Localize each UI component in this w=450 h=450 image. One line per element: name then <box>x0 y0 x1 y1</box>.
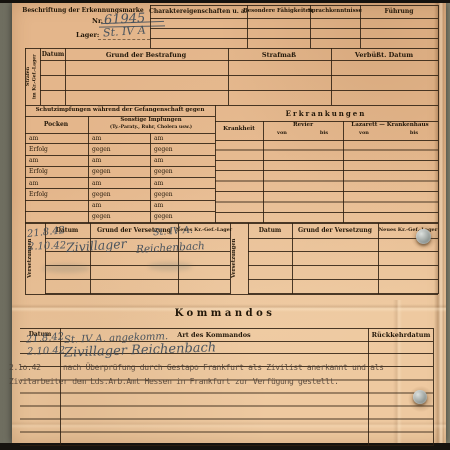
erkrankungen-lazarett-bis: bis <box>410 130 418 136</box>
kommando-entry-datum: 2.10.42 <box>27 345 66 357</box>
grid-line <box>438 105 439 223</box>
impfungen-cell: am <box>150 135 215 142</box>
impfungen-cell: gegen <box>150 146 215 153</box>
pencil-smudge <box>148 262 192 271</box>
erkrankungen-col-revier: Revier <box>293 122 313 128</box>
erkrankungen-col-lazarett: Lazarett — Krankenhaus <box>351 122 428 128</box>
impfungen-cell: Erfolg <box>25 146 88 153</box>
kommandos-col-art: Art des Kommandos <box>177 331 250 339</box>
col-charakter: Charaktereigenschaften u. a. <box>149 8 247 15</box>
versetzungen-side-label-text: Versetzungen <box>231 224 237 293</box>
typed-annotation-line: Zivilarbeiter dem Lds.Arb.Amt Hessen in … <box>9 377 339 386</box>
strafen-col-grund: Grund der Bestrafung <box>106 51 186 59</box>
grid-line <box>150 5 438 6</box>
versetzungen-col-datum-right: Datum <box>259 227 282 234</box>
grid-line <box>438 5 439 48</box>
impfungen-cell: Erfolg <box>25 168 88 175</box>
col-faehigkeiten: Besondere Fähigkeiten <box>243 8 313 14</box>
grommet-bottom-icon <box>413 390 427 404</box>
versetzungen-rows-right <box>248 238 438 294</box>
versetzung-entry-datum: 2.10.42 <box>28 240 67 252</box>
grid-line <box>90 223 91 294</box>
strafen-side-label-2: im Kr.-Gef.-Lager <box>33 49 40 104</box>
grid-line <box>378 223 379 294</box>
grid-line <box>433 328 434 446</box>
impfungen-cell: am <box>88 135 150 142</box>
impfungen-cell: gegen <box>150 191 215 198</box>
versetzungen-col-grund-right: Grund der Versetzung <box>298 227 372 234</box>
impfungen-row: amamam <box>25 156 215 167</box>
impfungen-col-sonstige: Sonstige Impfungen <box>120 117 181 123</box>
lager-label: Lager: <box>76 31 99 39</box>
versetzungen-side-label-right: Versetzungen <box>231 224 246 293</box>
impfungen-cell: gegen <box>150 168 215 175</box>
erkrankungen-revier-bis: bis <box>320 130 328 136</box>
impfungen-cell: am <box>150 180 215 187</box>
impfungen-cell: am <box>25 135 88 142</box>
section-line <box>25 48 438 49</box>
grid-line <box>20 328 433 329</box>
col-sprachen: Sprachkenntnisse <box>308 8 362 14</box>
grid-line <box>343 121 344 223</box>
kommandos-col-rueckkehr: Rückkehrdatum <box>372 331 431 339</box>
grid-line <box>331 48 332 105</box>
typed-annotation-datum: 2.1o.42 <box>9 363 41 372</box>
strafen-col-strafmass: Strafmaß <box>262 51 296 59</box>
impfungen-row: amam <box>25 201 215 212</box>
impfungen-cell: am <box>150 202 215 209</box>
pencil-smudge <box>42 264 90 273</box>
grid-line <box>25 294 438 295</box>
strafen-col-verbuesst: Verbüßt. Datum <box>355 51 413 59</box>
impfungen-cell: gegen <box>88 168 150 175</box>
grid-line <box>25 223 26 294</box>
erkrankungen-revier-von: von <box>277 130 287 136</box>
impfungen-row: Erfolggegengegen <box>25 144 215 155</box>
impfungen-cell: am <box>25 157 88 164</box>
impfungen-rows: amamam Erfolggegengegen amamam Erfolggeg… <box>25 133 215 223</box>
impfungen-row: amamam <box>25 133 215 144</box>
impfungen-row: amamam <box>25 178 215 189</box>
scan-edge-top <box>0 0 450 3</box>
impfungen-row: Erfolggegengegen <box>25 189 215 200</box>
grid-line <box>248 223 249 294</box>
scanned-record-card-page: Beschriftung der Erkennungsmarke Nr. 619… <box>0 0 450 450</box>
typed-annotation-line: nach Überprüfung durch Gestapo Frankfurt… <box>63 363 384 372</box>
erkrankungen-col-krankheit: Krankheit <box>223 126 255 132</box>
erkrankungen-lazarett-von: von <box>359 130 369 136</box>
impfungen-cell: gegen <box>88 213 150 220</box>
impfungen-cell: am <box>150 157 215 164</box>
strafen-col-datum: Datum <box>42 51 65 58</box>
impfungen-row: gegengegen <box>25 212 215 223</box>
kommandos-title: Kommandos <box>175 308 276 319</box>
grid-line <box>150 38 438 39</box>
grid-line <box>228 48 229 105</box>
impfungen-col-sonstige-sub: (Ty.-Paraty., Ruhr, Cholera usw.) <box>110 125 192 130</box>
grid-line <box>292 223 293 294</box>
impfungen-cell: gegen <box>150 213 215 220</box>
grid-line <box>40 75 438 76</box>
grid-line <box>438 223 439 294</box>
col-fuehrung: Führung <box>385 8 414 15</box>
impfungen-cell: am <box>25 180 88 187</box>
grid-line <box>65 48 66 105</box>
grid-line <box>40 90 438 91</box>
impfungen-cell: am <box>88 202 150 209</box>
impfungen-cell: Erfolg <box>25 191 88 198</box>
strafen-side-label: Strafen im Kr.-Gef.-Lager <box>26 49 40 104</box>
grid-line <box>438 48 439 105</box>
lager-dotted-line <box>98 39 150 40</box>
impfungen-cell: am <box>88 157 150 164</box>
impfungen-cell: gegen <box>88 191 150 198</box>
section-line <box>25 105 438 106</box>
grid-line <box>263 121 264 223</box>
grid-line <box>150 18 438 19</box>
grid-line <box>150 28 438 29</box>
impfungen-row: Erfolggegengegen <box>25 167 215 178</box>
erkrankungen-title: Erkrankungen <box>286 109 367 118</box>
impfungen-col-pocken: Pocken <box>44 121 68 128</box>
grid-line <box>368 328 369 446</box>
grid-line <box>40 60 438 61</box>
impfungen-title: Schutzimpfungen während der Gefangenscha… <box>36 107 205 113</box>
impfungen-cell: gegen <box>88 146 150 153</box>
grommet-top-icon <box>416 229 431 244</box>
erkrankungen-rows <box>215 140 438 223</box>
impfungen-cell: am <box>88 180 150 187</box>
